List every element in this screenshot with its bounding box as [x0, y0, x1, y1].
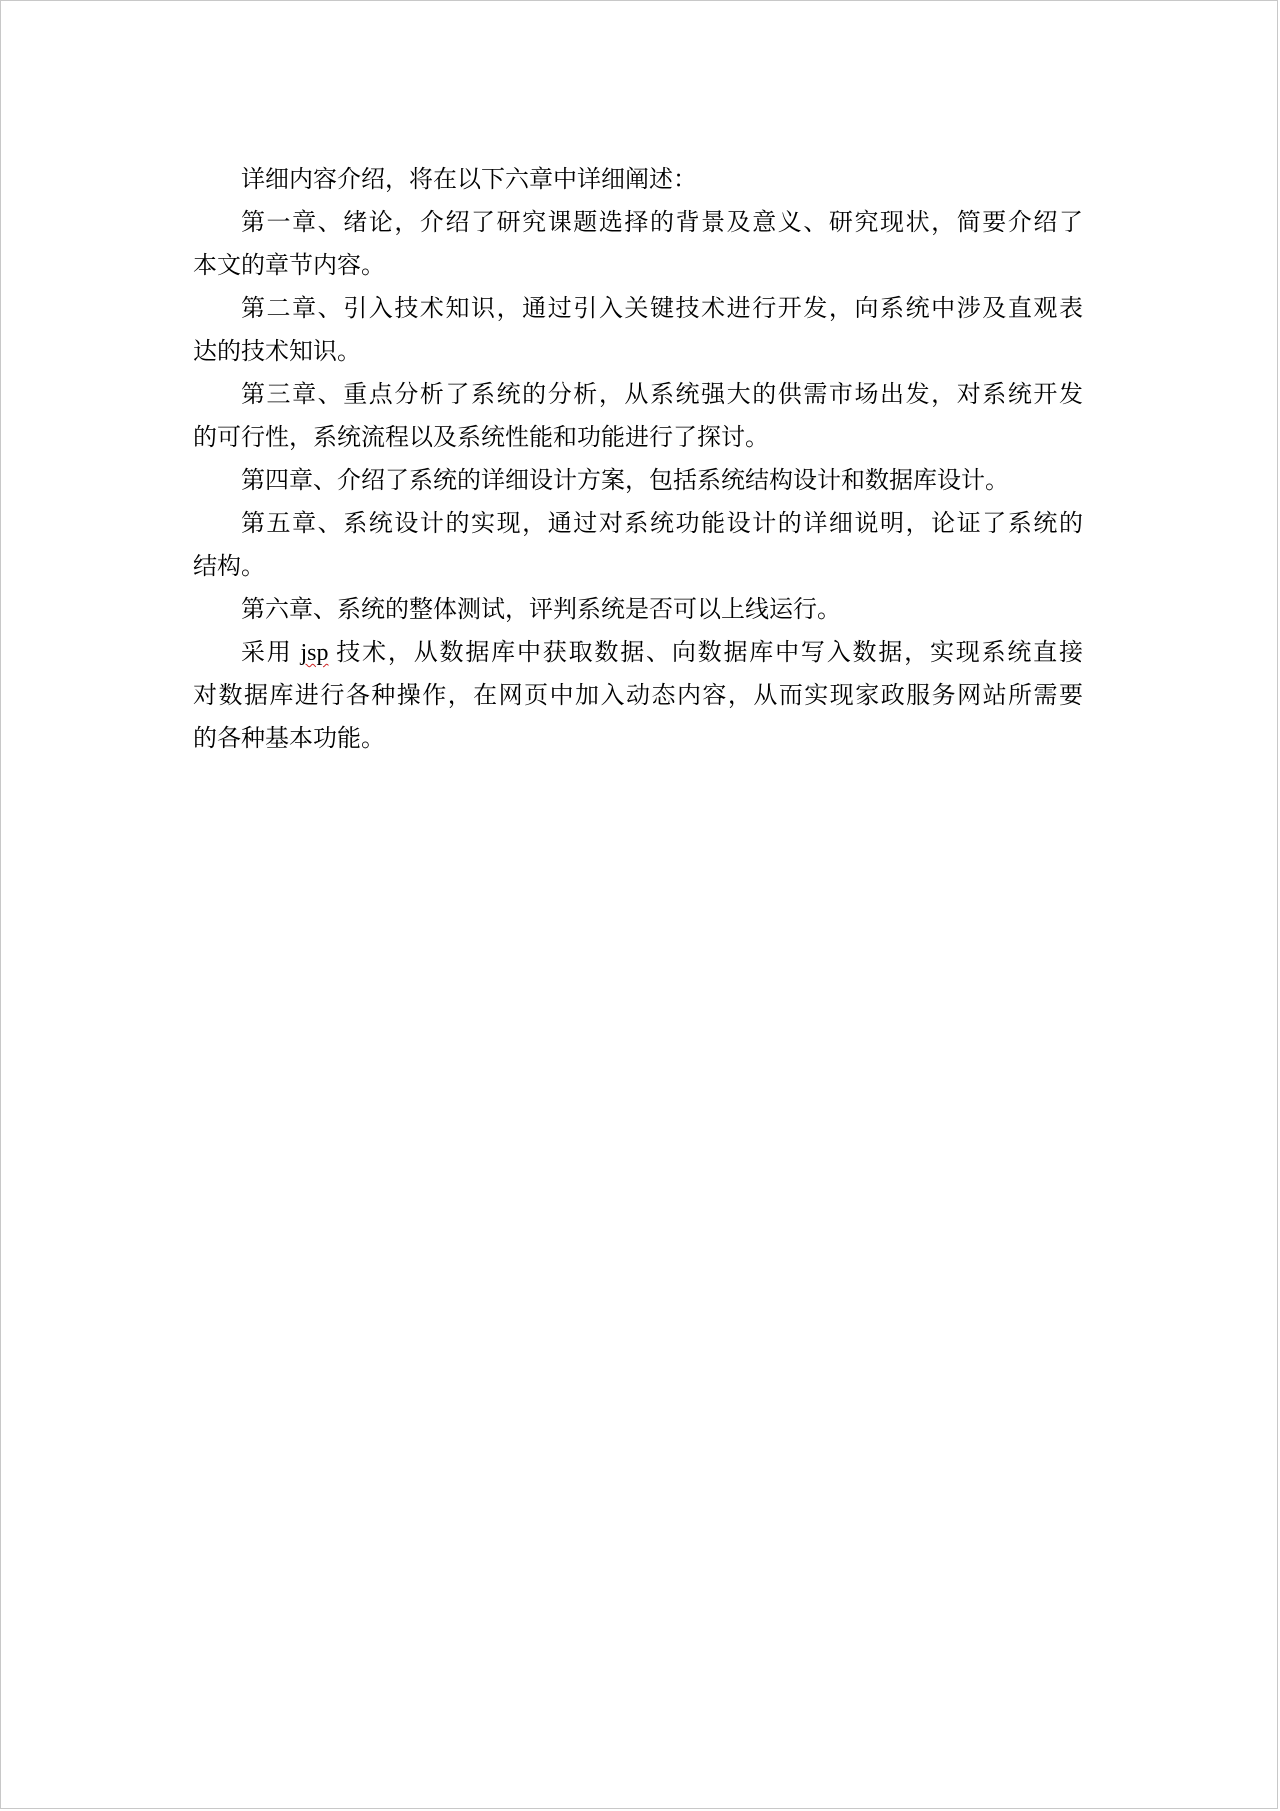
- spellcheck-word: jsp: [300, 640, 328, 666]
- text-line: 第一章、绪论，介绍了研究课题选择的背景及意义、研究现状，简要介绍了: [193, 202, 1083, 245]
- text-line: 本文的章节内容。: [193, 245, 1083, 288]
- text-line: 第四章、介绍了系统的详细设计方案，包括系统结构设计和数据库设计。: [193, 460, 1083, 503]
- text-line: 第六章、系统的整体测试，评判系统是否可以上线运行。: [193, 589, 1083, 632]
- text-line: 第三章、重点分析了系统的分析，从系统强大的供需市场出发，对系统开发: [193, 374, 1083, 417]
- document-page: 详细内容介绍，将在以下六章中详细阐述：第一章、绪论，介绍了研究课题选择的背景及意…: [0, 0, 1278, 1809]
- text-block: 详细内容介绍，将在以下六章中详细阐述：第一章、绪论，介绍了研究课题选择的背景及意…: [193, 159, 1083, 761]
- text-line: 第五章、系统设计的实现，通过对系统功能设计的详细说明，论证了系统的: [193, 503, 1083, 546]
- text-line: 对数据库进行各种操作，在网页中加入动态内容，从而实现家政服务网站所需要: [193, 675, 1083, 718]
- text-line: 采用 jsp 技术，从数据库中获取数据、向数据库中写入数据，实现系统直接: [193, 632, 1083, 675]
- text-line: 的可行性，系统流程以及系统性能和功能进行了探讨。: [193, 417, 1083, 460]
- text-line: 详细内容介绍，将在以下六章中详细阐述：: [193, 159, 1083, 202]
- text-line: 结构。: [193, 546, 1083, 589]
- text-line: 第二章、引入技术知识，通过引入关键技术进行开发，向系统中涉及直观表: [193, 288, 1083, 331]
- text-line: 的各种基本功能。: [193, 718, 1083, 761]
- text-line: 达的技术知识。: [193, 331, 1083, 374]
